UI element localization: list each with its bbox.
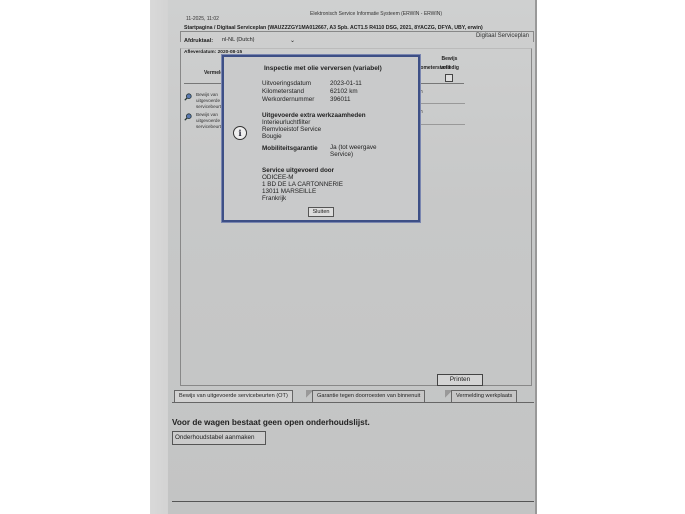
bottom-divider (172, 501, 534, 502)
dialog-title: Inspectie met olie verversen (variabel) (264, 65, 382, 72)
tab-garantie-doorroesten[interactable]: Garantie tegen doorroesten van binnenuit (312, 390, 425, 402)
system-name: Elektronisch Service Informatie Systeem … (310, 11, 442, 17)
tab-bar: Bewijs van uitgevoerde servicebeurten (O… (172, 390, 534, 403)
create-maintenance-table-button[interactable]: Onderhoudstabel aanmaken (172, 431, 266, 445)
service-by-heading: Service uitgevoerd door (262, 167, 334, 174)
row-divider (415, 103, 465, 104)
timestamp: 11-2025, 11:02 (186, 16, 219, 22)
row-divider (415, 124, 465, 125)
bewijs-volledig-checkbox[interactable] (445, 74, 453, 82)
magnifier-icon[interactable] (184, 93, 192, 101)
print-language-label: Afdruktaal: (184, 38, 213, 44)
panel-title: Digitaal Serviceplan (476, 33, 529, 39)
service-detail-dialog: Inspectie met olie verversen (variabel) … (222, 55, 420, 222)
chevron-down-icon: ⌄ (290, 37, 295, 44)
mobility-label: Mobiliteitsgarantie (262, 145, 318, 152)
mobility-value: Ja (tot weergave Service) (330, 144, 377, 158)
print-language-value: nl-NL (Dutch) (222, 37, 255, 43)
column-header-bewijs-volledig: Bewijs volledig (440, 55, 459, 82)
field-werkordernummer: Werkordernummer396011 (262, 96, 314, 103)
extra-work-list: Interieurluchtfilter Remvloeistof Servic… (262, 119, 321, 140)
service-by-address: ODICEE-M 1 BD DE LA CARTONNERIE 13011 MA… (262, 174, 343, 202)
print-button[interactable]: Printen (437, 374, 483, 386)
no-maintenance-list-message: Voor de wagen bestaat geen open onderhou… (172, 418, 370, 427)
field-kilometerstand: Kilometerstand62102 km (262, 88, 304, 95)
extra-work-heading: Uitgevoerde extra werkzaamheden (262, 112, 366, 119)
magnifier-icon[interactable] (184, 113, 192, 121)
info-icon: i (233, 126, 247, 140)
close-button[interactable]: Sluiten (308, 207, 334, 217)
print-language-select[interactable]: nl-NL (Dutch) ⌄ (222, 37, 300, 45)
tab-vermelding-werkplaats[interactable]: Vermelding werkplaats (451, 390, 517, 402)
tab-bewijs-servicebeurten[interactable]: Bewijs van uitgevoerde servicebeurten (O… (174, 390, 293, 402)
field-uitvoeringsdatum: Uitvoeringsdatum2023-01-11 (262, 80, 311, 87)
